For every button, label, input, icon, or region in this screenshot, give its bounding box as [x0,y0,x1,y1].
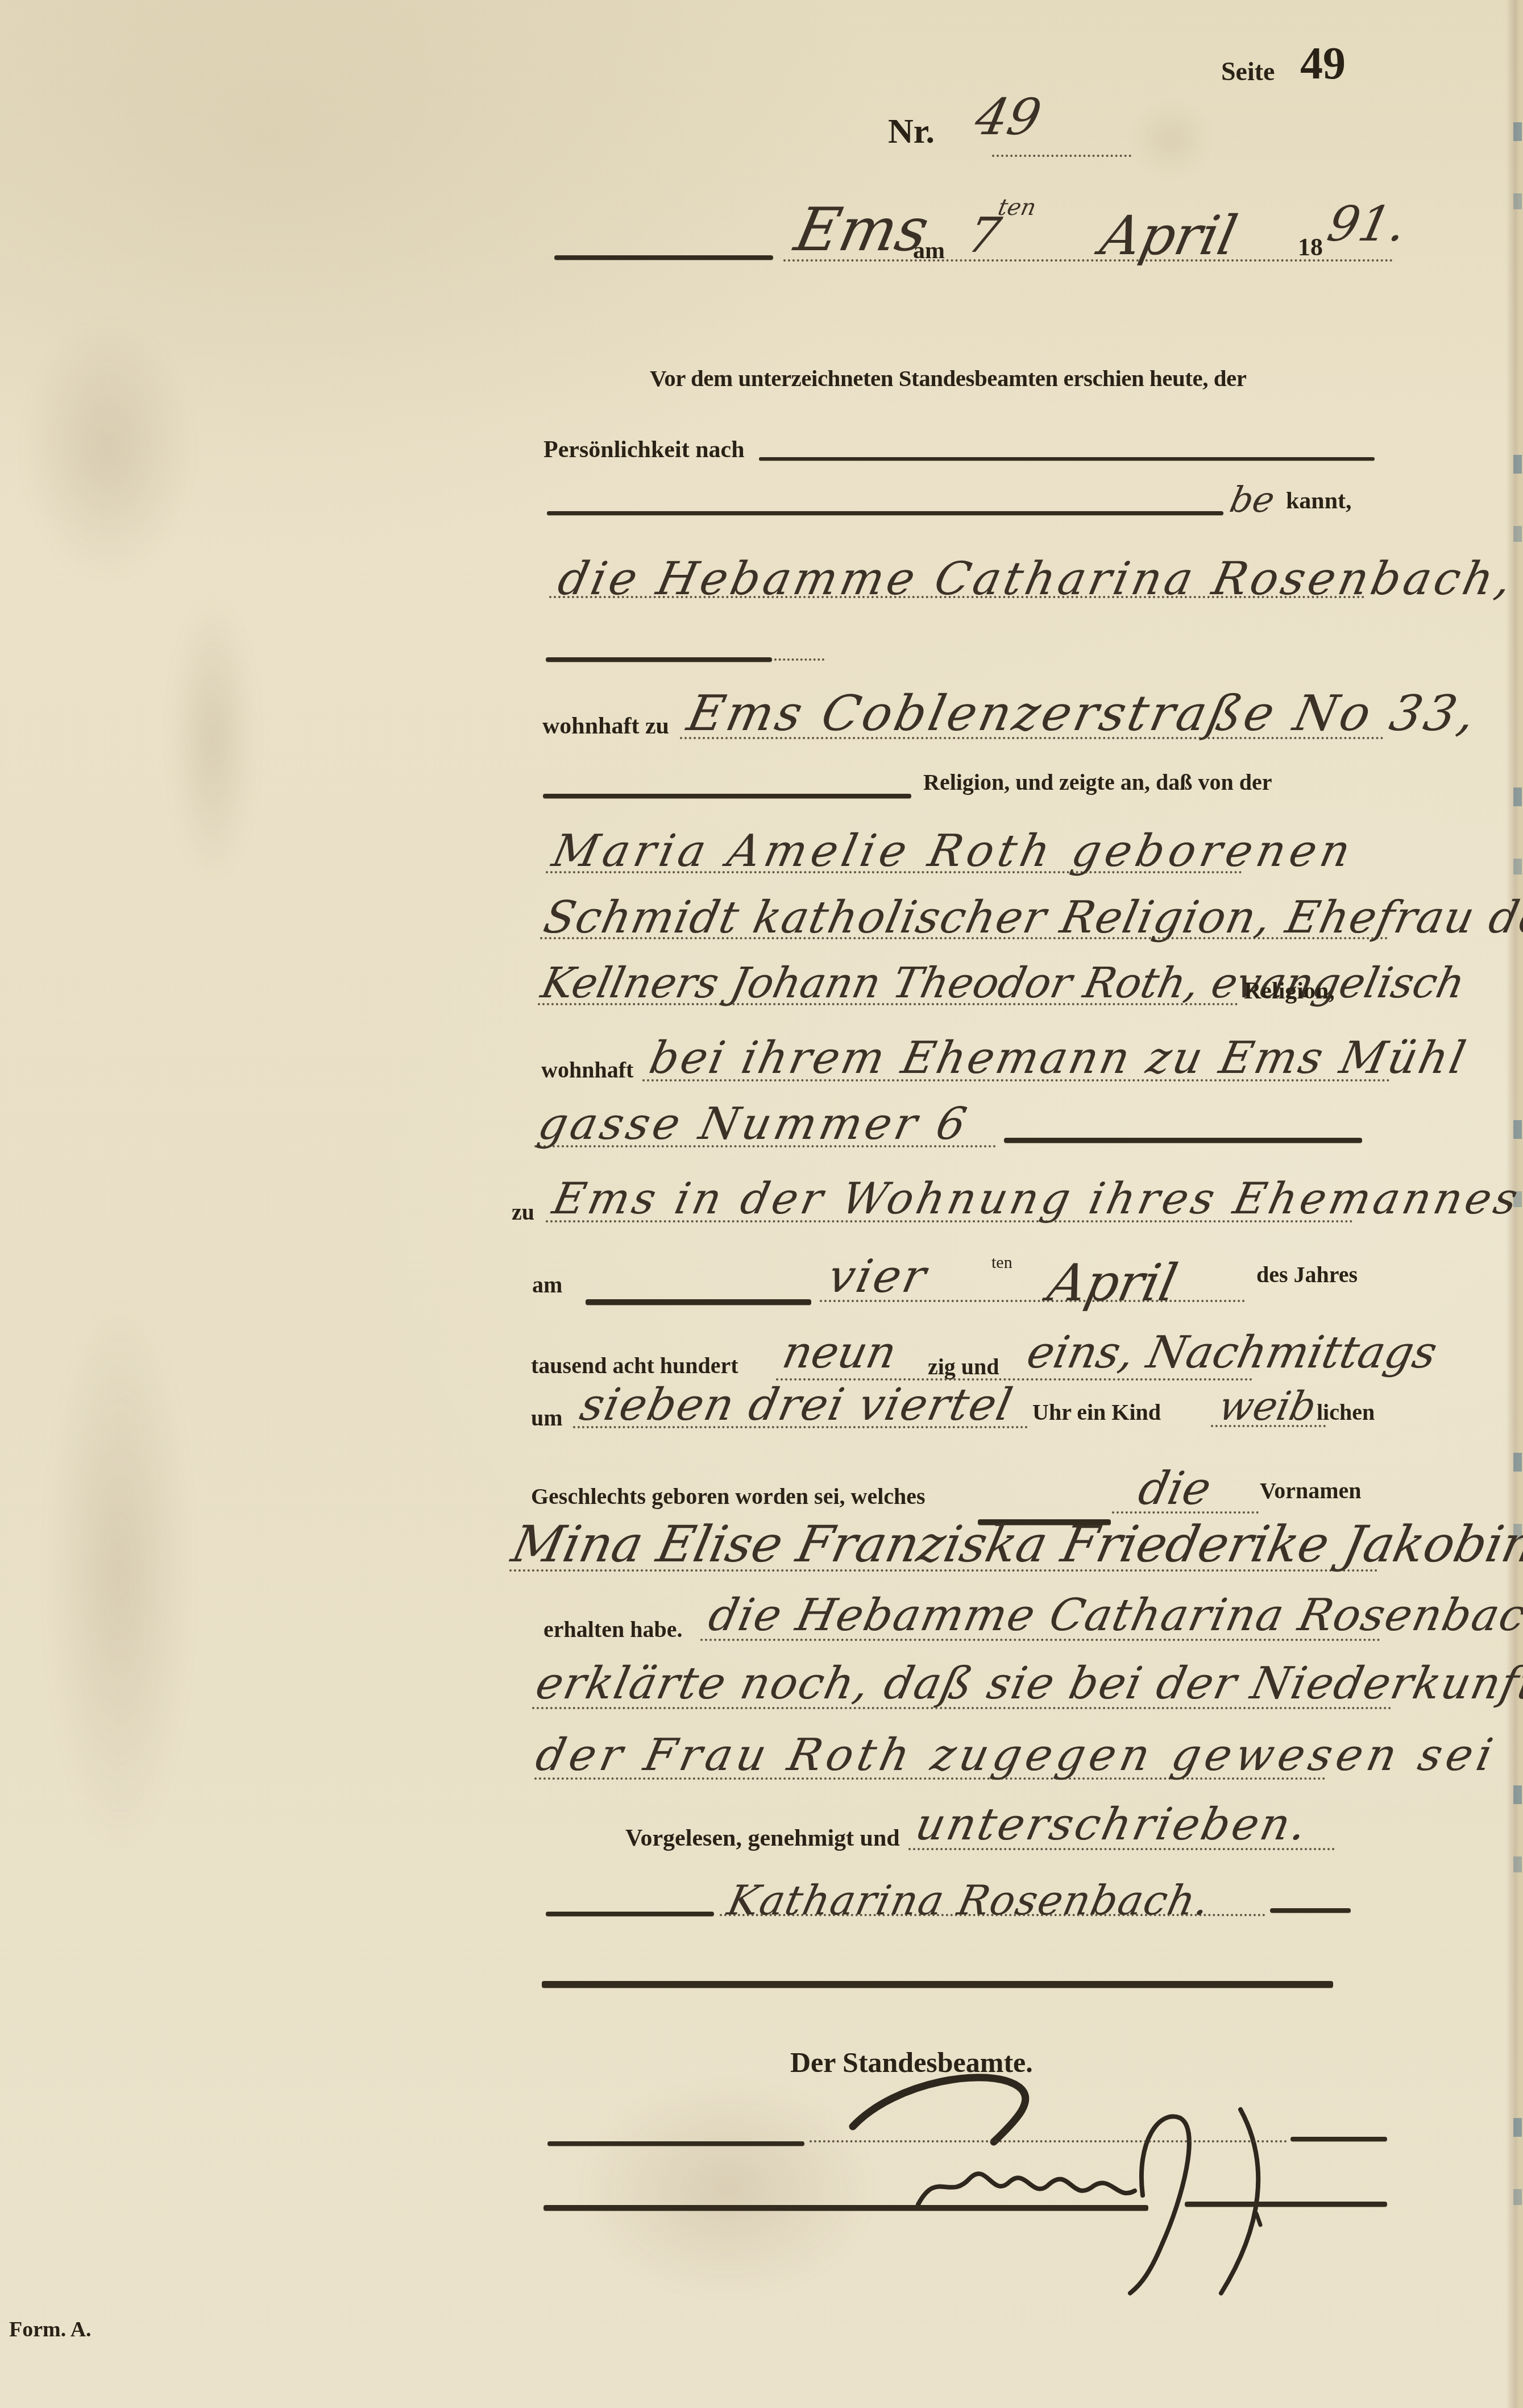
dotted-line [810,2140,1287,2142]
persoenlichkeit-label: Persönlichkeit nach [543,438,745,462]
mother-address-1: bei ihrem Ehemann zu Ems Mühl [646,1036,1471,1080]
wohnhaft-zu-label: wohnhaft zu [542,714,669,738]
bleedthrough-smudge [23,318,193,580]
dotted-line [538,1003,1238,1005]
year-ones-written: eins, Nachmittags [1023,1331,1441,1375]
year-tens-written: neun [779,1331,900,1375]
record-month: April [1096,209,1242,263]
des-jahres-label: des Jahres [1256,1263,1358,1286]
bleedthrough-smudge [1131,102,1211,176]
bleedthrough-smudge [171,597,256,881]
uhr-ein-kind-label: Uhr ein Kind [1032,1401,1161,1424]
dotted-line [546,871,1242,873]
birth-record-page: Seite 49 Nr. 49 Ems am 7 ten April 18 91… [0,0,1523,2408]
am-label-2: am [532,1274,562,1296]
um-label: um [531,1407,563,1429]
form-label: Form. A. [9,2319,92,2340]
dotted-line [509,1569,1378,1572]
declaration-line-2: der Frau Roth zugegen gewesen sei [532,1733,1501,1777]
bekannt-written: be [1227,482,1278,517]
dotted-line [549,596,1365,598]
year-printed: 18 [1298,235,1323,260]
intro-line: Vor dem unterzeichneten Standesbeamten e… [650,367,1246,390]
dotted-line [992,155,1131,157]
dotted-line [680,737,1384,739]
dotted-line [908,1848,1335,1850]
mother-maiden-line: Schmidt katholischer Religion, Ehefrau d… [540,896,1523,940]
dotted-line [774,658,824,661]
bekannt-printed: kannt, [1286,489,1352,513]
dotted-line [534,1145,996,1147]
zu-label: zu [512,1201,534,1224]
birth-day: vier [824,1254,932,1299]
sex-written: weib [1215,1386,1319,1426]
midwife-repeat: die Hebamme Catharina Rosenbach [705,1593,1523,1638]
am-label: am [913,239,945,263]
day-suffix-printed: ten [991,1254,1012,1271]
dotted-line [546,1220,1353,1222]
separator-rule [542,1981,1333,1988]
declarant-address: Ems Coblenzerstraße No 33, [683,689,1483,738]
signature-dash [543,2205,1148,2211]
record-place: Ems [790,200,933,260]
signature-dash [1270,1908,1351,1913]
dotted-line [642,1079,1390,1081]
religion-announce-line: Religion, und zeigte an, daß von der [923,771,1272,794]
religion-printed: Religion, [1244,979,1335,1003]
page-label: Seite [1221,59,1275,85]
dotted-line [540,937,1388,939]
dotted-line [820,1300,1245,1302]
zig-und-label: zig und [928,1356,999,1378]
child-names: Mina Elise Franziska Friederike Jakobine [508,1519,1523,1569]
dotted-line [532,1707,1392,1709]
blank-rule [586,1299,811,1305]
blank-rule [554,255,773,260]
record-day-suffix: ten [996,196,1038,219]
dotted-line [700,1639,1380,1641]
dotted-line [573,1426,1028,1428]
record-number-label: Nr. [888,114,935,149]
year-written: 91. [1323,200,1410,248]
vorgelesen-label: Vorgelesen, genehmigt und [625,1826,900,1850]
signature-dash [1185,2202,1387,2207]
lichen-printed: lichen [1317,1401,1375,1424]
birth-place: Ems in der Wohnung ihres Ehemannes [549,1177,1523,1220]
blank-rule [759,457,1375,461]
mother-name-line: Maria Amelie Roth geborenen [549,829,1359,873]
dotted-line [1211,1425,1326,1427]
declarant-name: die Hebamme Catharina Rosenbach, [554,556,1519,602]
dotted-line [534,1777,1326,1780]
erhalten-habe-label: erhalten habe. [543,1618,682,1641]
die-written: die [1135,1466,1215,1511]
declaration-line-1: erklärte noch, daß sie bei der Niederkun… [532,1661,1523,1706]
signature-dash [1290,2137,1387,2141]
dotted-line [1112,1511,1259,1514]
page-number: 49 [1300,41,1346,86]
blank-rule [547,511,1223,515]
signature-dash [547,2141,804,2146]
signature-dash [546,1912,714,1916]
tausend-label: tausend acht hundert [531,1354,738,1377]
vornamen-label: Vornamen [1260,1479,1362,1502]
blank-rule [543,794,911,798]
blank-rule [1004,1138,1362,1143]
unterschrieben-written: unterschrieben. [912,1802,1313,1847]
birth-time: sieben drei viertel [576,1383,1017,1427]
registrar-signature [750,2055,1325,2300]
geschlechts-line: Geschlechts geboren worden sei, welches [531,1485,926,1508]
record-number-value: 49 [971,92,1045,142]
dotted-line [720,1914,1265,1916]
wohnhaft-label: wohnhaft [541,1059,633,1081]
mother-address-2: gasse Nummer 6 [534,1102,973,1146]
blank-rule [546,657,772,662]
bleedthrough-smudge [45,1296,193,1854]
